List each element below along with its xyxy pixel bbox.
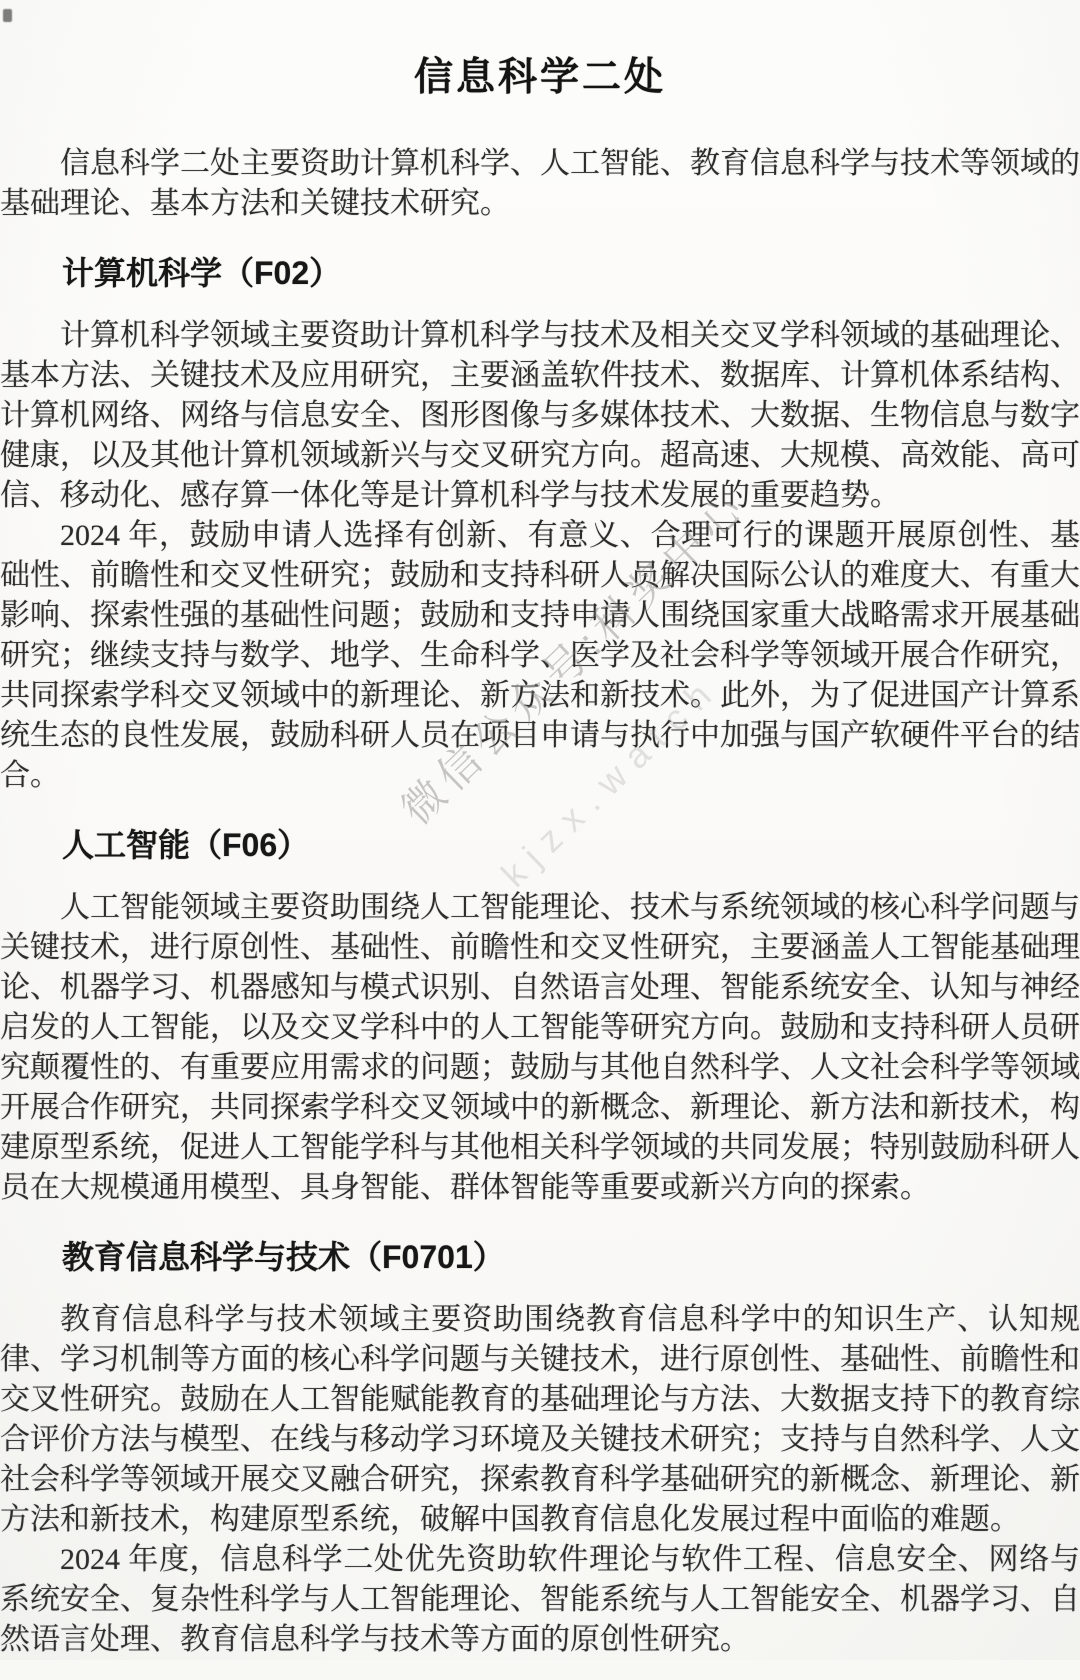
section-computer-science: 计算机科学（F02） 计算机科学领域主要资助计算机科学与技术及相关交叉学科领域的… (0, 248, 1080, 796)
page-title: 信息科学二处 (0, 46, 1080, 102)
section-heading-artificial-intelligence: 人工智能（F06） (0, 820, 1080, 866)
computer-science-paragraph-1: 计算机科学领域主要资助计算机科学与技术及相关交叉学科领域的基础理论、基本方法、关… (0, 316, 1080, 516)
section-education-information-science: 教育信息科学与技术（F0701） 教育信息科学与技术领域主要资助围绕教育信息科学… (0, 1232, 1080, 1660)
artificial-intelligence-paragraph-1: 人工智能领域主要资助围绕人工智能理论、技术与系统领域的核心科学问题与关键技术，进… (0, 888, 1080, 1208)
scan-artifact (3, 9, 12, 22)
computer-science-paragraph-2: 2024 年，鼓励申请人选择有创新、有意义、合理可行的课题开展原创性、基础性、前… (0, 516, 1080, 796)
education-information-science-paragraph-1: 教育信息科学与技术领域主要资助围绕教育信息科学中的知识生产、认知规律、学习机制等… (0, 1300, 1080, 1540)
document-page: 信息科学二处 信息科学二处主要资助计算机科学、人工智能、教育信息科学与技术等领域… (0, 0, 1080, 1660)
section-artificial-intelligence: 人工智能（F06） 人工智能领域主要资助围绕人工智能理论、技术与系统领域的核心科… (0, 820, 1080, 1208)
intro-paragraph: 信息科学二处主要资助计算机科学、人工智能、教育信息科学与技术等领域的基础理论、基… (0, 144, 1080, 224)
education-information-science-paragraph-2: 2024 年度，信息科学二处优先资助软件理论与软件工程、信息安全、网络与系统安全… (0, 1540, 1080, 1660)
section-heading-education-information-science: 教育信息科学与技术（F0701） (0, 1232, 1080, 1278)
section-heading-computer-science: 计算机科学（F02） (0, 248, 1080, 294)
